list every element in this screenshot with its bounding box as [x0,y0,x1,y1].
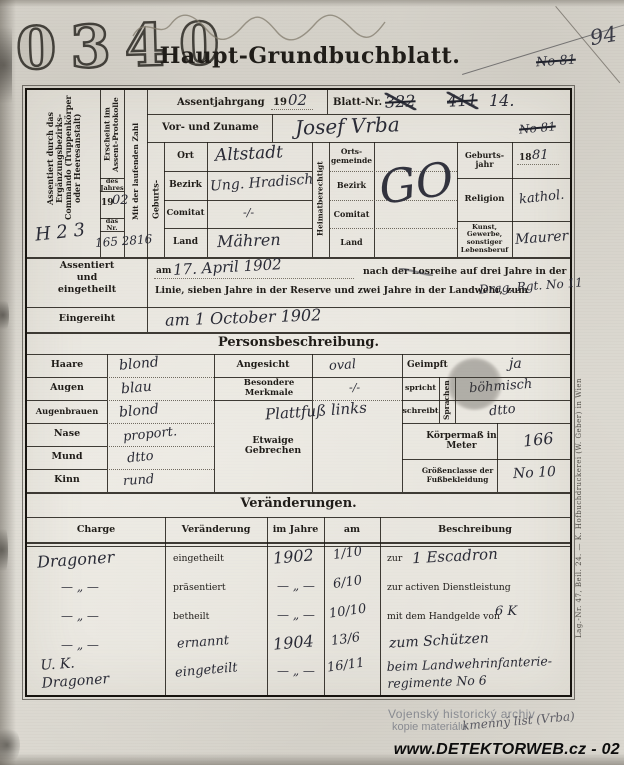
assent-line2-text: Linie, sieben Jahre in der Reserve und z… [155,286,528,296]
grid-line [512,142,513,257]
nase-value: proport. [122,424,177,445]
am-value: 1/10 [332,544,363,563]
corner-note-struck: No 81 [536,53,577,71]
nase-label: Nase [27,423,107,446]
fussbekleidung-label: Größenclasse der Fußbekleidung [402,459,513,492]
geimpft-value: ja [509,356,522,372]
change-value: präsentiert [173,583,226,593]
geburt-bezirk-value: Ung. Hradisch [210,171,314,194]
col-header-jahr: im Jahre [267,518,324,542]
besondere-merkmale-label: Besondere Merkmale [214,377,324,400]
assent-label-3: eingetheilt [27,285,147,296]
erscheint-im-assentprotokoll-label: Erscheint im Assent-Protokolle [101,93,123,176]
charge-value: — „ — [61,638,99,652]
heimat-bezirk-label: Bezirk [329,171,374,200]
heimat-group-label: Heimatberechtigt [313,144,328,254]
document-title: Haupt-Grundbuchblatt. [150,44,470,69]
charge-value: — „ — [61,609,99,623]
scribble-over-text [399,268,433,276]
koerpermass-value: 166 [522,428,554,450]
col-header-veraenderung: Veränderung [165,518,267,542]
grid-line [107,446,214,447]
dotted-line [517,164,559,165]
grid-line [107,469,214,470]
koerpermass-label: Körpermaß in Meter [402,423,521,459]
heimat-value: GO [376,151,457,215]
name-note-struck: No 81 [518,119,556,136]
assent-am-label: am [156,266,171,276]
jahr-value: 1902 [272,545,314,567]
das-nr-label: das Nr. [100,219,124,231]
grid-line [100,191,124,192]
grid-line [380,517,381,695]
charge-value: — „ — [61,580,99,594]
geburt-comitat-label: Comitat [164,200,207,228]
grid-line [100,231,124,232]
grid-line [214,400,312,401]
geburt-ort-value: Altstadt [215,142,284,166]
edge-smudge [0,10,12,120]
am-value: 10/10 [328,601,367,621]
veraenderungen-title: Veränderungen. [27,497,570,512]
religion-label: Religion [457,178,512,221]
angesicht-label: Angesicht [214,354,312,377]
augen-label: Augen [27,377,107,400]
geburtsjahr-value: 81 [532,148,549,163]
col-header-beschreibung: Beschreibung [380,518,570,542]
am-value: 13/6 [330,630,361,649]
religion-value: kathol. [518,188,565,208]
spricht-label: spricht [402,377,439,400]
left-panel-note: H 2 3 [34,219,86,245]
heimat-comitat-label: Comitat [329,200,374,228]
corner-note: 94 [588,22,618,50]
haare-value: blond [118,354,159,373]
kinn-label: Kinn [27,469,107,492]
grid-line [267,517,268,695]
main-form-table: Assentiert durch das Ergänzungsbezirks-C… [25,88,572,697]
beruf-label: Kunst, Gewerbe, sonstiger Lebensberuf [457,221,512,257]
blatt-nr-struck-1: 322 [385,91,416,112]
blatt-nr-value: 14. [489,91,514,110]
jahr-value: — „ — [277,608,315,622]
augenbrauen-value: blond [118,401,159,420]
blatt-nr-struck-2: 411 [447,90,478,111]
charge-value: Dragoner [36,547,114,571]
round-stamp-blob [447,358,502,410]
grid-line [27,542,570,544]
name-value: Josef Vrba [295,112,400,140]
grid-line [107,400,214,401]
geburt-comitat-value: -/- [243,206,254,219]
archive-stamp-line2: kopie materiálu [392,721,467,733]
assent-unit-value: Drag. Rgt. No 11 [479,275,584,296]
dotted-line [154,278,354,279]
grid-line [27,492,570,494]
printer-imprint: Lag.-Nr. 47, Beil. 24. — K. Hofbuchdruck… [572,320,586,695]
geburts-group-label: Geburts- [149,146,163,253]
charge-value: U. K. Dragoner [40,652,122,692]
eingereiht-label: Eingereiht [27,314,147,325]
assentjahrgang-label: Assentjahrgang [177,97,265,108]
kinn-value: rund [123,472,155,489]
grid-line [27,257,570,259]
grid-line [327,90,328,114]
pencil-note-scribble [125,6,390,48]
change-value: ernannt [177,633,230,652]
geburtsjahr-label: Geburts-jahr [457,142,512,178]
geimpft-label: Geimpft [407,360,448,370]
desc-printed: mit dem Handgelde von [387,612,500,622]
grid-line [272,114,273,142]
angesicht-value: oval [329,357,357,374]
dotted-line [271,109,313,110]
etwaige-gebrechen-value: Plattfuß links [264,398,367,423]
laufende-zahl-label: Mit der laufenden Zahl [126,94,146,249]
augenbrauen-label: Augenbrauen [27,400,107,423]
col-header-am: am [324,518,380,542]
mund-value: dtto [126,449,154,467]
etwaige-gebrechen-label: Etwaige Gebrechen [214,423,332,469]
name-label: Vor- und Zuname [162,122,259,133]
assentjahrgang-prefix: 19 [273,97,287,108]
haare-label: Haare [27,354,107,377]
mund-label: Mund [27,446,107,469]
geburt-land-value: Mähren [217,230,281,251]
assentiert-durch-label: Assentiert durch das Ergänzungsbezirks-C… [31,94,97,222]
scanned-document-page: 0340 Haupt-Grundbuchblatt. No 81 94 Asse… [0,0,624,765]
geburt-ort-label: Ort [164,142,207,171]
desc-printed: zur [387,554,402,564]
heimat-land-label: Land [329,228,374,257]
grid-line [27,332,570,334]
schreibt-label: schreibt [402,400,439,423]
desc-hw: 1 Escadron [412,545,499,567]
grid-line [165,517,166,695]
assent-right-text: nach der Losreihe auf drei Jahre in der [363,267,568,277]
des-jahres-label: des Jahres [100,179,124,191]
augen-value: blau [120,379,152,398]
am-value: 6/10 [332,573,363,592]
jahr-value: 1904 [272,631,314,653]
schreibt-value: dtto [488,402,516,420]
detektorweb-watermark: www.DETEKTORWEB.cz - 02 [394,741,620,759]
assentjahrgang-value: 02 [288,91,307,109]
geburt-bezirk-label: Bezirk [164,171,207,200]
persons-section-title: Personsbeschreibung. [27,336,570,351]
assent-label-2: und [27,273,147,284]
grid-line [124,90,125,257]
jahr-value: — „ — [277,664,315,678]
geburtsjahr-prefix: 18 [519,153,532,163]
beruf-value: Maurer [515,228,569,248]
jahr-value: — „ — [277,579,315,593]
am-value: 16/11 [326,655,365,675]
grid-line [107,377,214,378]
desc-hw: beim Landwehrinfanterie- regimente No 6 [386,653,557,693]
desc-hw: zum Schützen [389,630,490,651]
change-value: eingeteilt [174,660,238,680]
blatt-nr-label: Blatt-Nr. [333,97,382,108]
desc-hw: 6 K [495,604,517,619]
geburt-land-label: Land [164,228,207,257]
col-header-charge: Charge [27,518,165,542]
grid-line [324,517,325,695]
assent-label-1: Assentiert [27,261,147,272]
grid-line [107,423,214,424]
besondere-merkmale-value: -/- [349,381,360,394]
heimat-ortsgemeinde-label: Orts-gemeinde [329,142,374,171]
eingereiht-value: am 1 October 1902 [165,305,322,329]
fussbekleidung-value: No 10 [513,464,557,482]
desc-printed: zur activen Dienstleistung [387,583,511,593]
change-value: eingetheilt [173,554,224,564]
change-value: betheilt [173,612,209,622]
grid-line [147,90,148,332]
